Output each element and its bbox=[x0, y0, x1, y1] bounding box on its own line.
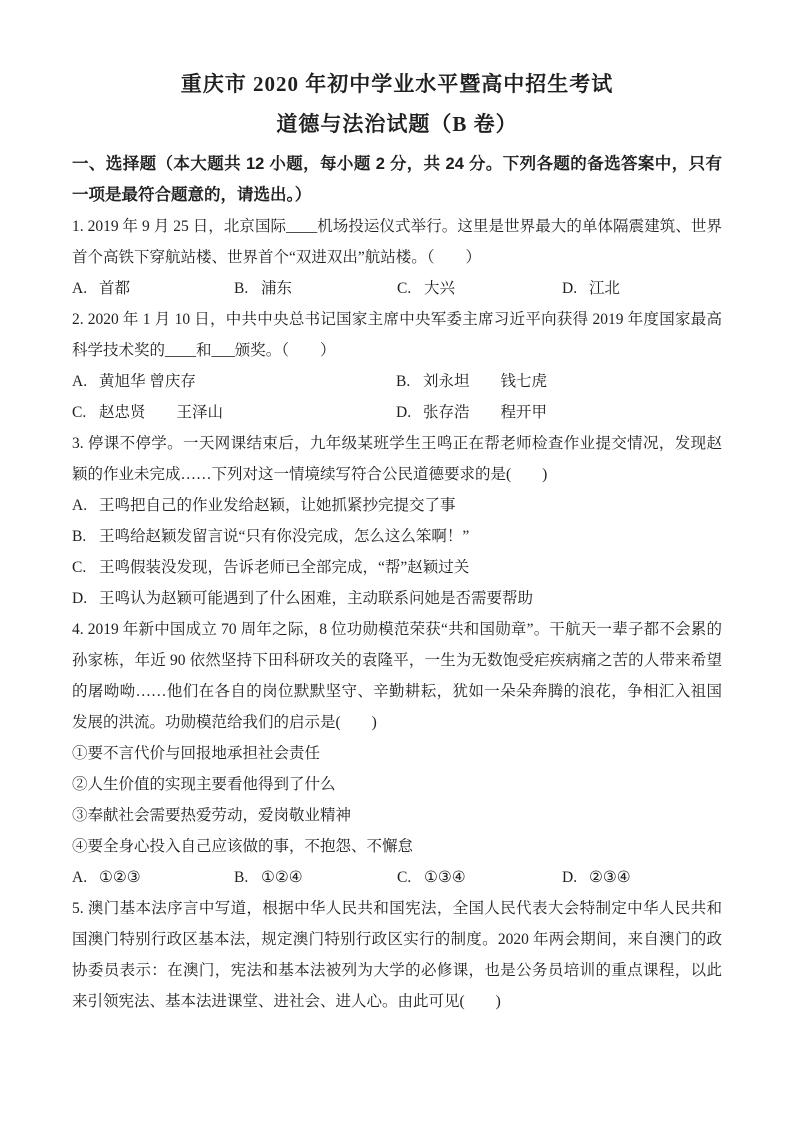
option-key: A. bbox=[72, 273, 99, 304]
question-3-options: A.王鸣把自己的作业发给赵颖，让她抓紧抄完提交了事 B.王鸣给赵颖发留言说“只有… bbox=[72, 490, 722, 614]
question-2-options-row1: A.黄旭华 曾庆存 B.刘永坦 钱七虎 bbox=[72, 366, 722, 397]
option-b: B.浦东 bbox=[234, 273, 397, 304]
option-text: 黄旭华 曾庆存 bbox=[99, 366, 196, 397]
exam-paper-page: 重庆市 2020 年初中学业水平暨高中招生考试 道德与法治试题（B 卷） 一、选… bbox=[0, 0, 793, 1122]
question-4-subitem-1: ①要不言代价与回报地承担社会责任 bbox=[72, 738, 722, 769]
option-c: C.赵忠贤 王泽山 bbox=[72, 397, 396, 428]
option-text: 王鸣假装没发现，告诉老师已全部完成，“帮”赵颖过关 bbox=[99, 552, 469, 583]
option-key: C. bbox=[397, 862, 424, 893]
question-1: 1. 2019 年 9 月 25 日，北京国际____机场投运仪式举行。这里是世… bbox=[72, 211, 722, 304]
option-text: 张存浩 程开甲 bbox=[423, 397, 547, 428]
option-text: ①②④ bbox=[261, 862, 303, 893]
option-text: 浦东 bbox=[261, 273, 292, 304]
option-b: B.刘永坦 钱七虎 bbox=[396, 366, 722, 397]
exam-title: 重庆市 2020 年初中学业水平暨高中招生考试 道德与法治试题（B 卷） bbox=[72, 64, 722, 144]
option-d: D.江北 bbox=[562, 273, 722, 304]
question-2-options-row2: C.赵忠贤 王泽山 D.张存浩 程开甲 bbox=[72, 397, 722, 428]
option-text: ①②③ bbox=[99, 862, 141, 893]
option-key: B. bbox=[396, 366, 423, 397]
option-key: A. bbox=[72, 366, 99, 397]
option-c: C.①③④ bbox=[397, 862, 562, 893]
option-text: ①③④ bbox=[424, 862, 466, 893]
option-key: B. bbox=[234, 862, 261, 893]
option-b: B.①②④ bbox=[234, 862, 397, 893]
option-b: B.王鸣给赵颖发留言说“只有你没完成，怎么这么笨啊！” bbox=[72, 521, 722, 552]
question-3: 3. 停课不停学。一天网课结束后，九年级某班学生王鸣正在帮老师检查作业提交情况，… bbox=[72, 428, 722, 614]
option-key: C. bbox=[72, 397, 99, 428]
option-key: C. bbox=[397, 273, 424, 304]
option-a: A.首都 bbox=[72, 273, 234, 304]
option-key: B. bbox=[234, 273, 261, 304]
option-key: D. bbox=[72, 583, 99, 614]
question-4-subitem-3: ③奉献社会需要热爱劳动，爱岗敬业精神 bbox=[72, 800, 722, 831]
option-a: A.王鸣把自己的作业发给赵颖，让她抓紧抄完提交了事 bbox=[72, 490, 722, 521]
question-2-stem: 2. 2020 年 1 月 10 日，中共中央总书记国家主席中央军委主席习近平向… bbox=[72, 304, 722, 366]
option-a: A.黄旭华 曾庆存 bbox=[72, 366, 396, 397]
option-text: ②③④ bbox=[589, 862, 631, 893]
option-text: 王鸣把自己的作业发给赵颖，让她抓紧抄完提交了事 bbox=[99, 490, 456, 521]
question-5: 5. 澳门基本法序言中写道，根据中华人民共和国宪法，全国人民代表大会特制定中华人… bbox=[72, 893, 722, 1017]
option-d: D.②③④ bbox=[562, 862, 722, 893]
option-text: 首都 bbox=[99, 273, 130, 304]
question-1-options: A.首都 B.浦东 C.大兴 D.江北 bbox=[72, 273, 722, 304]
option-key: D. bbox=[562, 862, 589, 893]
question-4-subitem-2: ②人生价值的实现主要看他得到了什么 bbox=[72, 769, 722, 800]
option-text: 大兴 bbox=[424, 273, 455, 304]
option-text: 王鸣认为赵颖可能遇到了什么困难，主动联系问她是否需要帮助 bbox=[99, 583, 533, 614]
option-key: D. bbox=[396, 397, 423, 428]
question-5-stem: 5. 澳门基本法序言中写道，根据中华人民共和国宪法，全国人民代表大会特制定中华人… bbox=[72, 893, 722, 1017]
question-4-stem: 4. 2019 年新中国成立 70 周年之际，8 位功勋模范荣获“共和国勋章”。… bbox=[72, 614, 722, 738]
option-key: A. bbox=[72, 490, 99, 521]
exam-title-line2: 道德与法治试题（B 卷） bbox=[72, 104, 722, 144]
option-text: 江北 bbox=[589, 273, 620, 304]
option-a: A.①②③ bbox=[72, 862, 234, 893]
option-text: 王鸣给赵颖发留言说“只有你没完成，怎么这么笨啊！” bbox=[99, 521, 469, 552]
option-d: D.张存浩 程开甲 bbox=[396, 397, 722, 428]
option-c: C.王鸣假装没发现，告诉老师已全部完成，“帮”赵颖过关 bbox=[72, 552, 722, 583]
option-key: B. bbox=[72, 521, 99, 552]
option-key: D. bbox=[562, 273, 589, 304]
option-key: C. bbox=[72, 552, 99, 583]
exam-title-line1: 重庆市 2020 年初中学业水平暨高中招生考试 bbox=[72, 64, 722, 104]
question-3-stem: 3. 停课不停学。一天网课结束后，九年级某班学生王鸣正在帮老师检查作业提交情况，… bbox=[72, 428, 722, 490]
option-d: D.王鸣认为赵颖可能遇到了什么困难，主动联系问她是否需要帮助 bbox=[72, 583, 722, 614]
option-text: 赵忠贤 王泽山 bbox=[99, 397, 223, 428]
question-4-subitem-4: ④要全身心投入自己应该做的事，不抱怨、不懈怠 bbox=[72, 831, 722, 862]
section-header: 一、选择题（本大题共 12 小题，每小题 2 分，共 24 分。下列各题的备选答… bbox=[72, 149, 722, 211]
question-1-stem: 1. 2019 年 9 月 25 日，北京国际____机场投运仪式举行。这里是世… bbox=[72, 211, 722, 273]
question-4: 4. 2019 年新中国成立 70 周年之际，8 位功勋模范荣获“共和国勋章”。… bbox=[72, 614, 722, 893]
question-4-options: A.①②③ B.①②④ C.①③④ D.②③④ bbox=[72, 862, 722, 893]
option-text: 刘永坦 钱七虎 bbox=[423, 366, 547, 397]
option-c: C.大兴 bbox=[397, 273, 562, 304]
question-2: 2. 2020 年 1 月 10 日，中共中央总书记国家主席中央军委主席习近平向… bbox=[72, 304, 722, 428]
option-key: A. bbox=[72, 862, 99, 893]
